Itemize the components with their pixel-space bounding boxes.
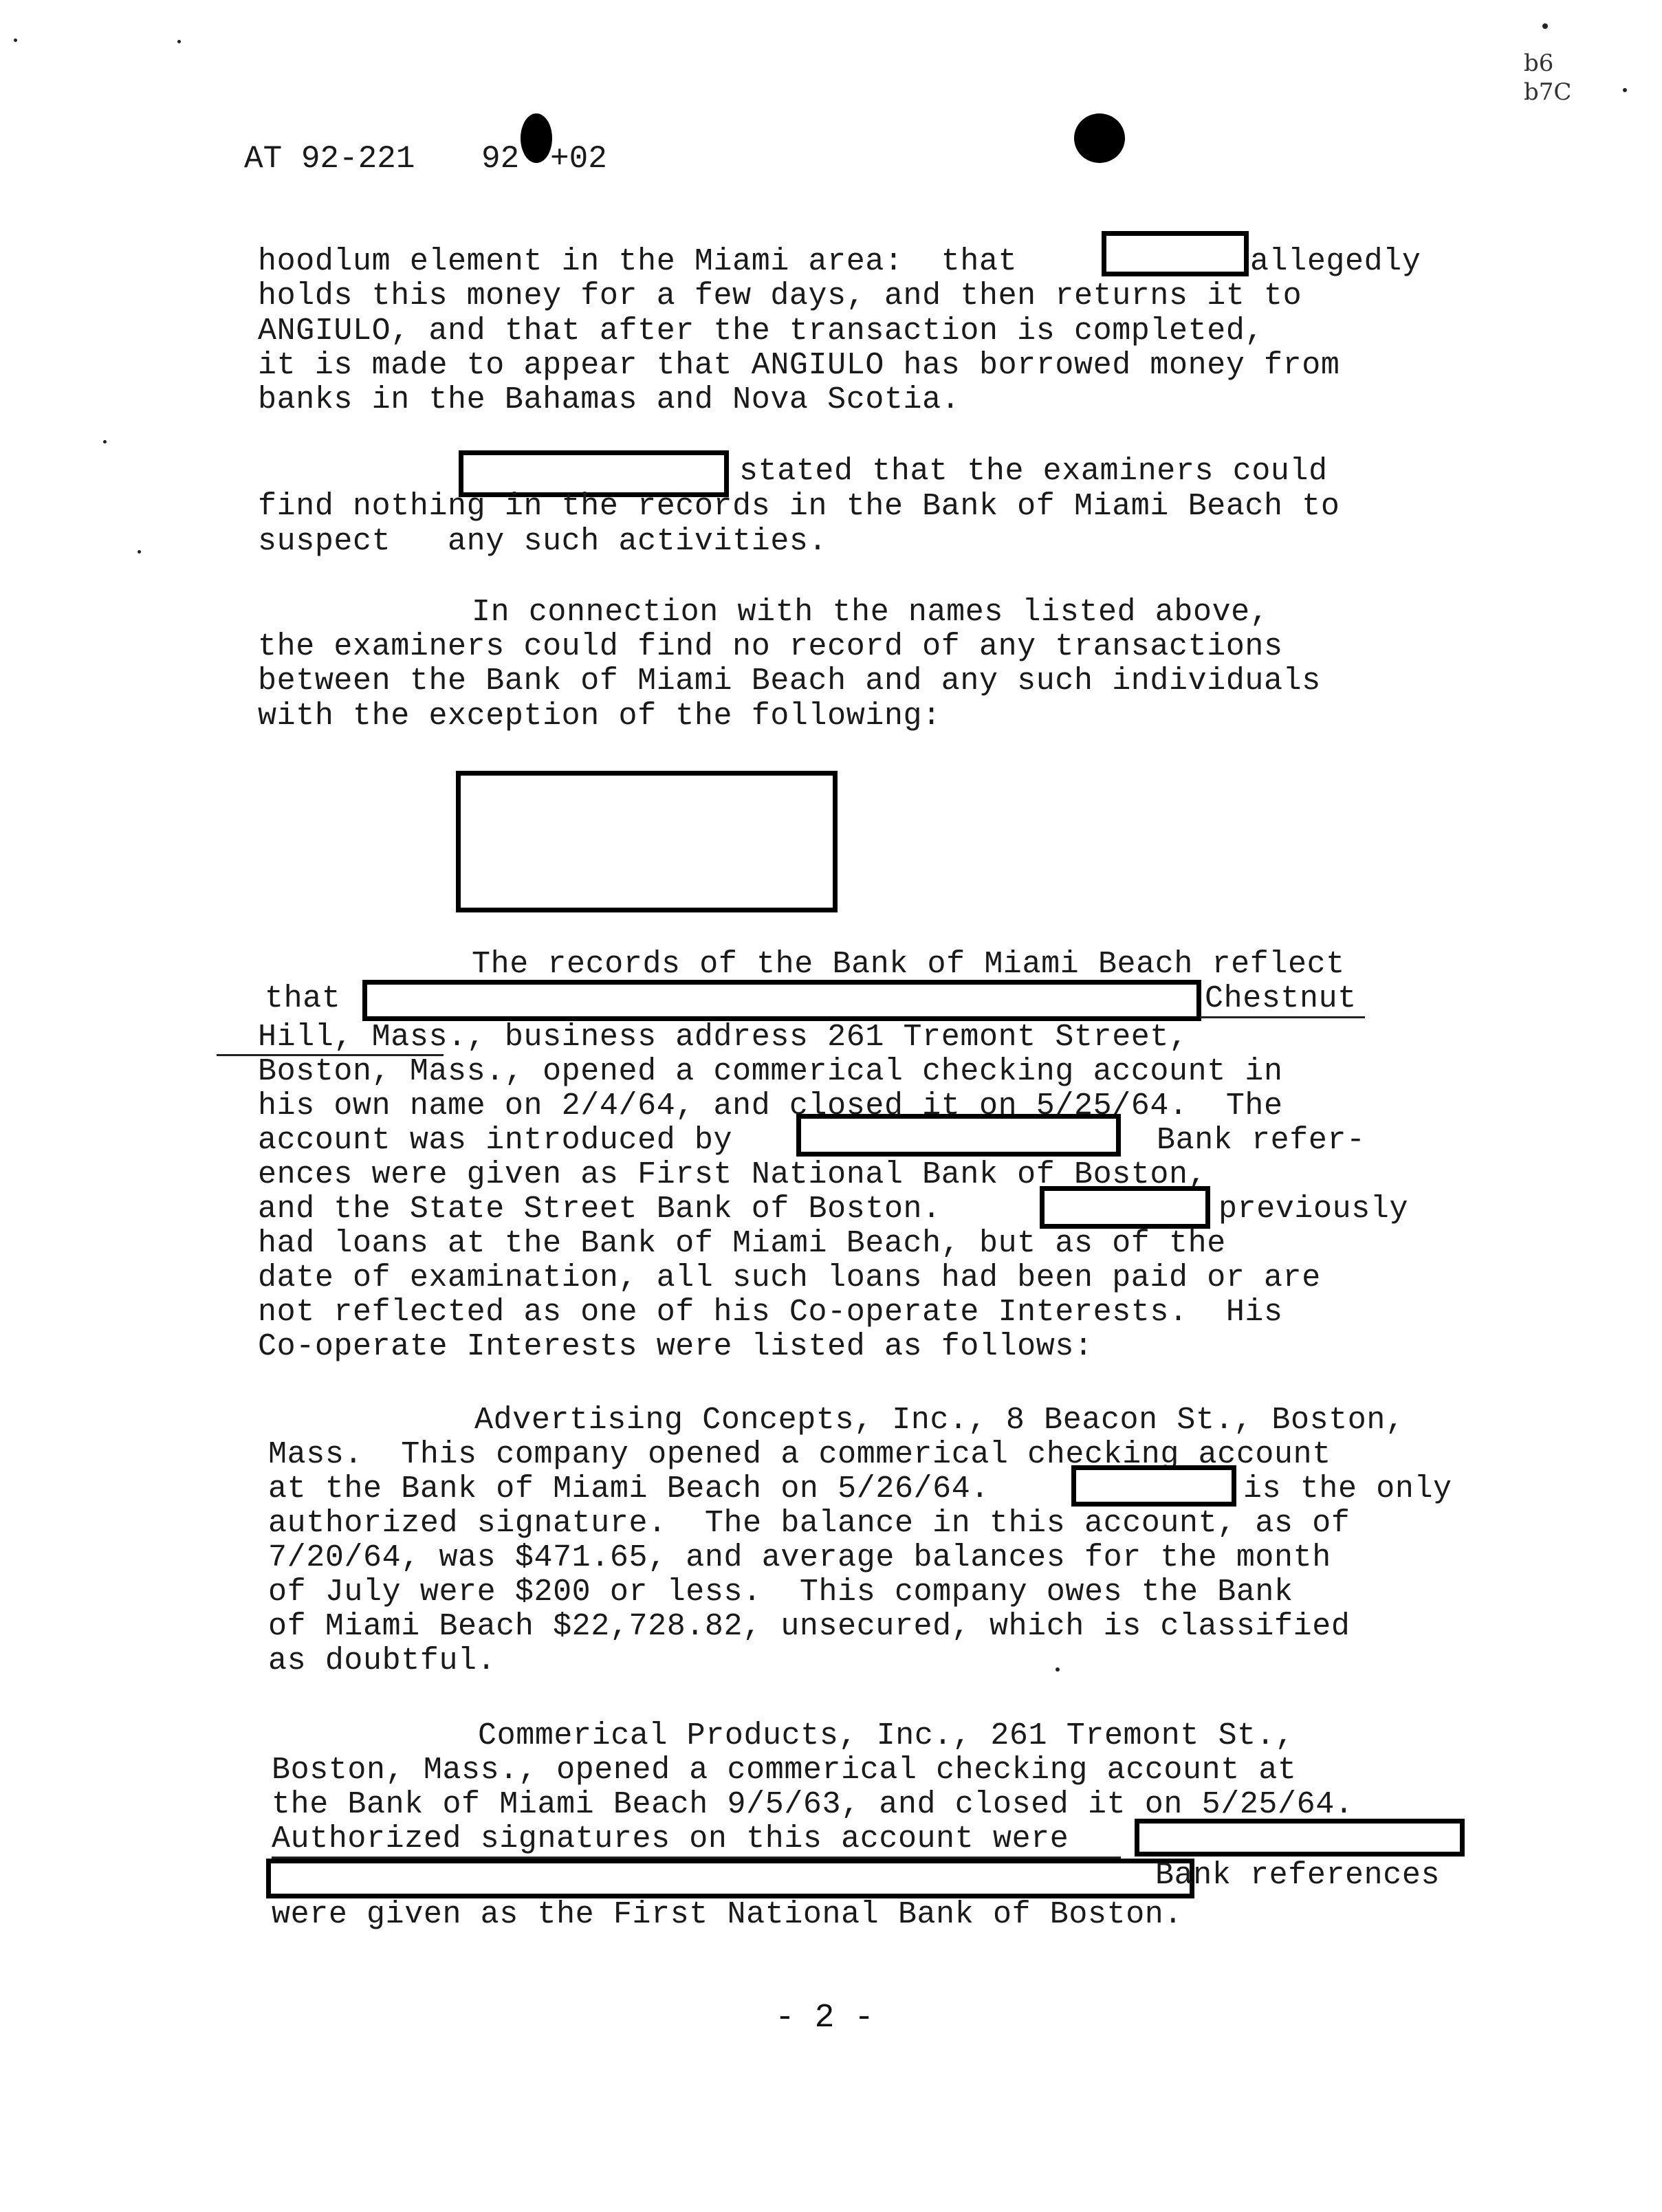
p3-line-1: In connection with the names listed abov…	[472, 595, 1269, 630]
scan-speck	[177, 40, 181, 43]
redaction-box	[362, 980, 1201, 1021]
exemption-code-b7c: b7C	[1524, 78, 1571, 106]
redaction-box	[266, 1859, 1194, 1898]
p2-line-2: find nothing in the records in the Bank …	[258, 490, 1340, 524]
p4-line-8-after: previously	[1218, 1192, 1408, 1227]
p4-line-9: had loans at the Bank of Miami Beach, bu…	[258, 1227, 1226, 1261]
p6-line-4-before: Authorized signatures on this account we…	[272, 1822, 1069, 1857]
p5-line-7: of Miami Beach $22,728.82, unsecured, wh…	[268, 1610, 1350, 1644]
file-number-right-suffix: +02	[550, 141, 607, 177]
scan-speck	[1623, 88, 1627, 92]
p4-line-8-before: and the State Street Bank of Boston.	[258, 1192, 941, 1227]
p5-line-6: of July were $200 or less. This company …	[268, 1575, 1293, 1610]
p4-line-5: his own name on 2/4/64, and closed it on…	[258, 1089, 1283, 1124]
redaction-box	[796, 1114, 1121, 1157]
p5-line-1: Advertising Concepts, Inc., 8 Beacon St.…	[474, 1403, 1405, 1438]
handwritten-underline	[1200, 1016, 1365, 1018]
p5-line-3-after: is the only	[1243, 1472, 1452, 1507]
p5-line-8: as doubtful.	[268, 1644, 496, 1678]
p5-line-4: authorized signature. The balance in thi…	[268, 1507, 1350, 1541]
p4-line-2-before: that	[265, 982, 340, 1016]
p6-line-6: were given as the First National Bank of…	[272, 1898, 1183, 1932]
redaction-box	[1040, 1186, 1210, 1229]
p6-line-3: the Bank of Miami Beach 9/5/63, and clos…	[272, 1788, 1353, 1822]
p4-line-6-after: Bank refer-	[1157, 1124, 1366, 1158]
scan-speck	[14, 39, 17, 42]
p1-line-5: banks in the Bahamas and Nova Scotia.	[258, 383, 960, 417]
p4-line-4: Boston, Mass., opened a commerical check…	[258, 1055, 1283, 1089]
p6-line-5-after: Bank references	[1155, 1859, 1440, 1893]
p5-line-3-before: at the Bank of Miami Beach on 5/26/64.	[268, 1472, 989, 1507]
p4-line-1: The records of the Bank of Miami Beach r…	[472, 948, 1345, 982]
redacted-block	[456, 771, 838, 912]
punch-hole-right	[1074, 113, 1125, 163]
page-number: - 2 -	[775, 2000, 874, 2037]
p4-line-11: not reflected as one of his Co-operate I…	[258, 1295, 1283, 1330]
document-page: AT 92-221 92 +02 b6 b7C hoodlum element …	[0, 0, 1662, 2212]
p4-line-6-before: account was introduced by	[258, 1124, 732, 1158]
file-number-left: AT 92-221	[244, 141, 415, 177]
scan-speck	[138, 550, 141, 554]
exemption-code-b6: b6	[1524, 50, 1553, 77]
p4-line-3: Hill, Mass., business address 261 Tremon…	[258, 1020, 1188, 1055]
scan-speck	[103, 440, 107, 444]
p1-line-4: it is made to appear that ANGIULO has bo…	[258, 349, 1340, 383]
scan-speck	[1056, 1667, 1060, 1672]
p5-line-5: 7/20/64, was $471.65, and average balanc…	[268, 1541, 1331, 1575]
scan-speck	[1542, 23, 1548, 29]
p4-line-10: date of examination, all such loans had …	[258, 1261, 1321, 1295]
redaction-box	[1071, 1465, 1236, 1507]
punch-hole-left	[521, 113, 552, 163]
p3-line-4: with the exception of the following:	[258, 699, 941, 734]
p3-line-3: between the Bank of Miami Beach and any …	[258, 664, 1321, 699]
p4-line-2-after: Chestnut	[1205, 982, 1357, 1016]
p4-line-12: Co-operate Interests were listed as foll…	[258, 1330, 1093, 1364]
p2-line-3: suspect any such activities.	[258, 525, 827, 559]
p6-line-1: Commerical Products, Inc., 261 Tremont S…	[478, 1719, 1294, 1753]
p6-line-2: Boston, Mass., opened a commerical check…	[272, 1753, 1297, 1788]
redaction-box	[1135, 1819, 1465, 1857]
file-number-right-prefix: 92	[481, 141, 519, 177]
p2-line-1-after: stated that the examiners could	[739, 455, 1328, 489]
p1-line-1-before: hoodlum element in the Miami area: that	[258, 245, 1017, 279]
p1-line-2: holds this money for a few days, and the…	[258, 279, 1302, 314]
p3-line-2: the examiners could find no record of an…	[258, 630, 1283, 664]
p1-line-1-after: allegedly	[1250, 245, 1421, 279]
redaction-box	[1102, 231, 1249, 276]
p1-line-3: ANGIULO, and that after the transaction …	[258, 314, 1264, 349]
